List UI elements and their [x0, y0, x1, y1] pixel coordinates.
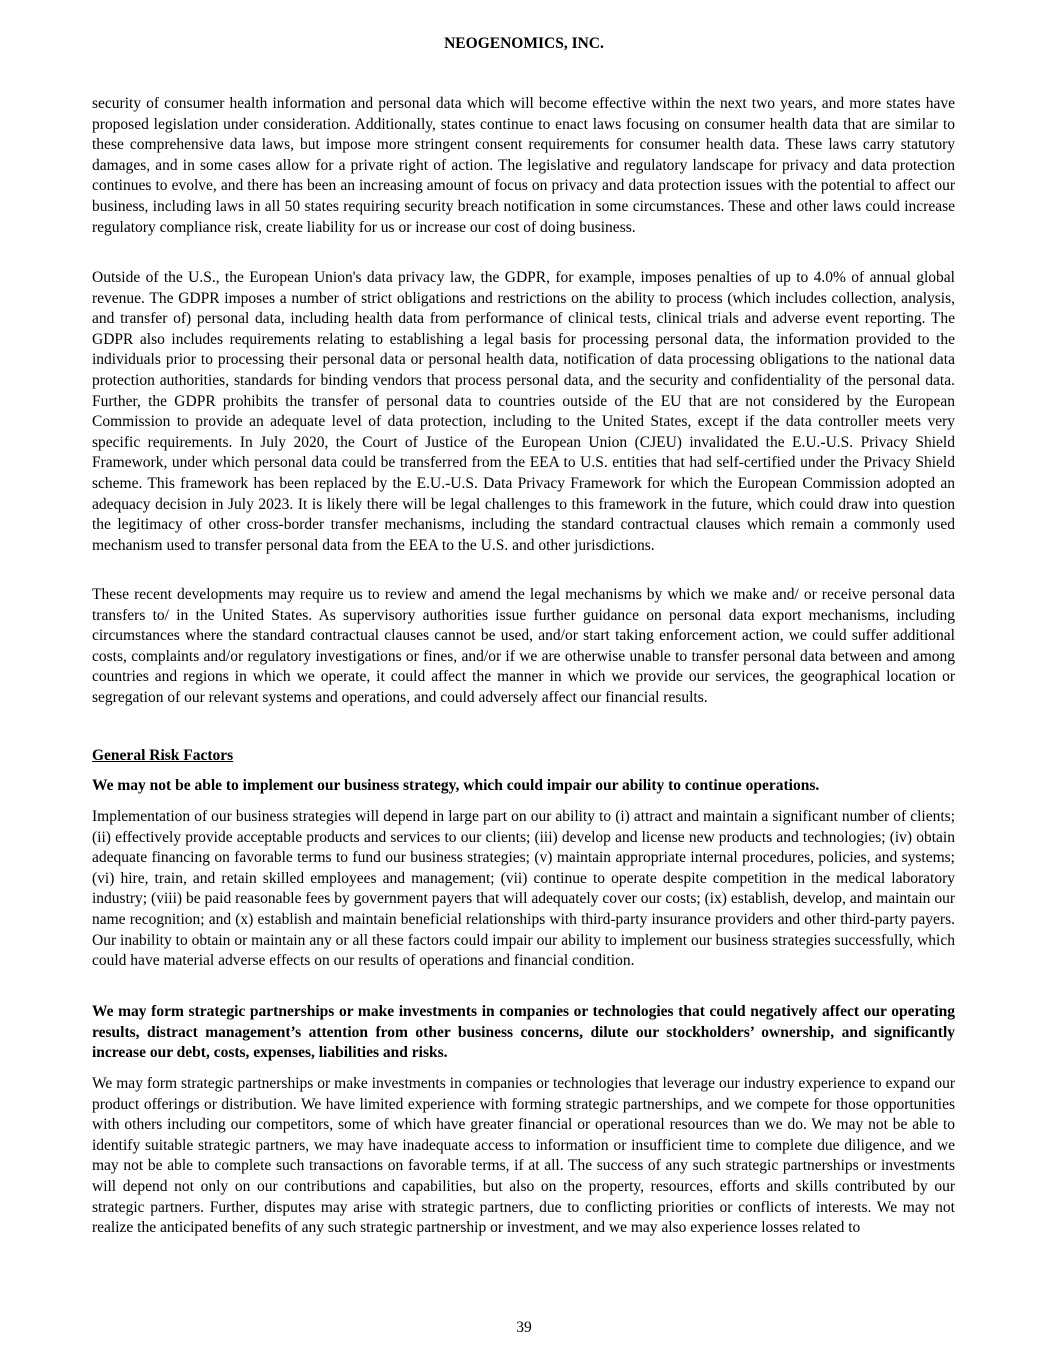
paragraph-gdpr: Outside of the U.S., the European Union'… — [92, 268, 955, 556]
risk-heading-business-strategy: We may not be able to implement our busi… — [92, 776, 955, 797]
paragraph-business-strategies: Implementation of our business strategie… — [92, 807, 955, 972]
page-header-company-name: NEOGENOMICS, INC. — [0, 34, 1048, 54]
risk-heading-strategic-partnerships: We may form strategic partnerships or ma… — [92, 1002, 955, 1064]
paragraph-strategic-partnerships: We may form strategic partnerships or ma… — [92, 1074, 955, 1239]
paragraph-consumer-health-privacy: security of consumer health information … — [92, 94, 955, 238]
page-number: 39 — [0, 1318, 1048, 1338]
paragraph-recent-developments: These recent developments may require us… — [92, 585, 955, 709]
section-heading-general-risk-factors: General Risk Factors — [92, 746, 233, 766]
